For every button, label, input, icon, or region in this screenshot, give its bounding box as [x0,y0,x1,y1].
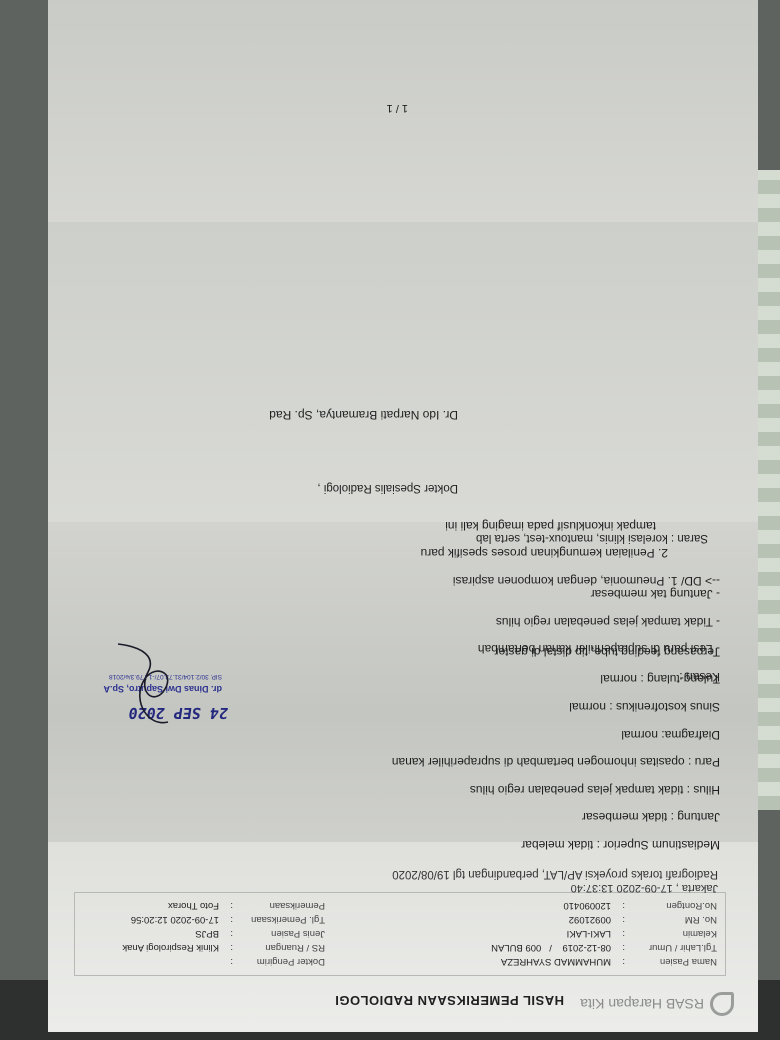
hospital-logo: RSAB Harapan Kita [580,992,734,1016]
info-value: Klinik Respirologi Anak [122,943,219,954]
info-sep: : [219,943,233,954]
info-value: Foto Thorax [168,901,219,912]
info-sep: : [611,943,625,954]
recommendation: Saran : korelasi klinis, mantoux-test, s… [476,532,708,544]
info-value: LAKI-LAKI [567,929,611,940]
report-title: HASIL PEMERIKSAAN RADIOLOGI [335,993,564,1008]
finding-item: Hilus : tidak tampak jelas penebalan reg… [392,781,720,797]
patient-info-left: Nama Pasien:MUHAMMAD SYAHREZA Tgl.Lahir … [491,899,717,969]
finding-item: Paru : opasitas inhomogen bertambah di s… [392,754,720,770]
info-label: RS / Ruangan [233,943,325,954]
info-row: Nama Pasien:MUHAMMAD SYAHREZA [491,955,717,969]
finding-item: Jantung : tidak membesar [392,809,720,825]
differential-diagnosis: --> DD/ 1. Pneumonia, dengan komponen as… [421,505,720,600]
report-intro: Radiografi toraks proyeksi AP/LAT, perba… [392,868,718,880]
info-sep: : [219,957,233,968]
page-number: 1 / 1 [387,102,408,114]
info-value: 120090410 [563,901,611,912]
info-row: Dokter Pengirim: [122,955,325,969]
impression-label: Kesan : [478,668,720,684]
finding-item: Diafragma: normal [392,726,720,742]
info-label: Dokter Pengirim [233,957,325,968]
hospital-name: RSAB Harapan Kita [580,996,704,1012]
info-value: 08-12-2019 / 009 BULAN [491,943,611,954]
signature-icon [108,642,188,732]
hospital-logo-icon [710,992,734,1016]
info-row: Tgl.Lahir / Umur:08-12-2019 / 009 BULAN [491,941,717,955]
dd-line: tampak inkonklusif pada imaging kali ini [421,517,720,533]
finding-item: Mediastinum Superior : tidak melebar [392,836,720,852]
info-value: BPJS [195,929,219,940]
patient-info-right: Dokter Pengirim: RS / Ruangan:Klinik Res… [122,899,325,969]
paper-sheet: RSAB Harapan Kita HASIL PEMERIKSAAN RADI… [48,0,758,1032]
info-label: No.Rontgen [625,901,717,912]
info-sep: : [219,929,233,940]
info-sep: : [219,915,233,926]
doctor-name: Dr. Ido Narpati Bramantya, Sp. Rad [269,408,458,422]
info-row: Pemeriksaan:Foto Thorax [122,899,325,913]
info-row: RS / Ruangan:Klinik Respirologi Anak [122,941,325,955]
impression-item: - Tidak tampak jelas penebalan regio hil… [478,613,720,629]
info-label: Jenis Pasien [233,929,325,940]
info-value: MUHAMMAD SYAHREZA [501,957,611,968]
info-row: Tgl. Pemeriksaan:17-09-2020 12:20:56 [122,913,325,927]
info-row: No.Rontgen:120090410 [491,899,717,913]
report-page: RSAB Harapan Kita HASIL PEMERIKSAAN RADI… [0,0,780,1040]
patient-info-box: Nama Pasien:MUHAMMAD SYAHREZA Tgl.Lahir … [74,892,726,976]
info-value: 17-09-2020 12:20:56 [131,915,219,926]
info-label: No. RM [625,915,717,926]
info-label: Pemeriksaan [233,901,325,912]
info-label: Tgl. Pemeriksaan [233,915,325,926]
info-sep: : [219,901,233,912]
info-value: 00921092 [569,915,611,926]
doctor-title: Dokter Spesialis Radiologi , [317,482,458,494]
paper-panel-3 [48,222,758,522]
info-row: Kelamin:LAKI-LAKI [491,927,717,941]
impression-item: - Lesi paru di supraperihiler kanan bert… [478,641,720,657]
info-sep: : [611,915,625,926]
info-sep: : [611,901,625,912]
info-label: Kelamin [625,929,717,940]
info-sep: : [611,929,625,940]
place-date: Jakarta , 17-09-2020 13:37:40 [571,882,718,894]
finding-item: Sinus kostofrenikus : normal [392,698,720,714]
info-row: Jenis Pasien:BPJS [122,927,325,941]
info-label: Nama Pasien [625,957,717,968]
info-label: Tgl.Lahir / Umur [625,943,717,954]
dd-line: --> DD/ 1. Pneumonia, dengan komponen as… [421,572,720,588]
info-row: No. RM:00921092 [491,913,717,927]
dd-line: 2. Penilaian kemungkinan proses spesifik… [421,545,720,561]
info-sep: : [611,957,625,968]
